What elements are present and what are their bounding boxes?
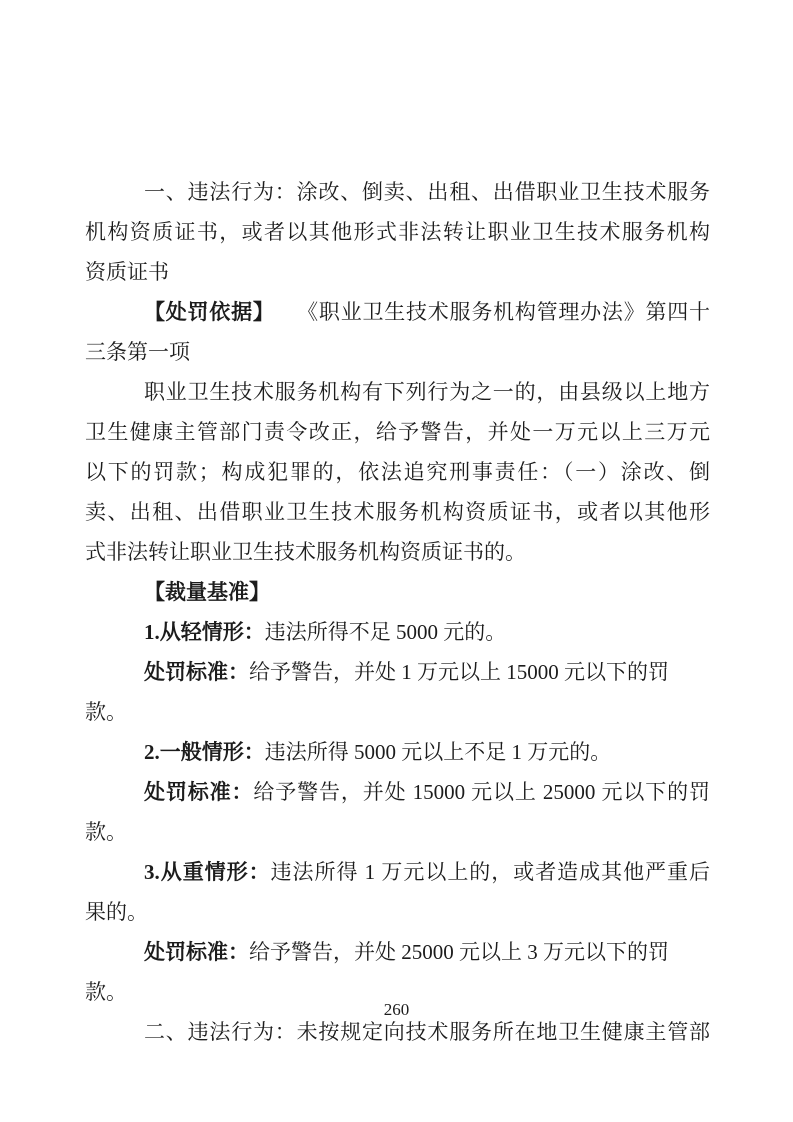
body-text: 违法所得 5000 元以上不足 1 万元的。 xyxy=(265,740,612,764)
text-line: 一、违法行为：涂改、倒卖、出租、出借职业卫生技术服务 xyxy=(85,172,710,212)
text-line: 资质证书 xyxy=(85,252,710,292)
text-line: 3.从重情形：违法所得 1 万元以上的，或者造成其他严重后 xyxy=(85,852,710,892)
text-line: 2.一般情形：违法所得 5000 元以上不足 1 万元的。 xyxy=(85,732,710,772)
body-text: 三条第一项 xyxy=(85,340,190,364)
body-text: 二、违法行为：未按规定向技术服务所在地卫生健康主管部 xyxy=(144,1020,710,1044)
text-line: 【处罚依据】 《职业卫生技术服务机构管理办法》第四十 xyxy=(85,292,710,332)
body-text: 资质证书 xyxy=(85,260,169,284)
bold-text: 处罚标准： xyxy=(144,780,253,804)
body-text: 款。 xyxy=(85,820,127,844)
bold-text: 【裁量基准】 xyxy=(144,580,270,604)
body-text: 卫生健康主管部门责令改正，给予警告，并处一万元以上三万元 xyxy=(85,420,710,444)
bold-text: 3.从重情形： xyxy=(144,860,271,884)
bold-text: 【处罚依据】 xyxy=(144,300,264,324)
body-text: 职业卫生技术服务机构有下列行为之一的，由县级以上地方 xyxy=(144,380,710,404)
bold-text: 处罚标准： xyxy=(144,660,249,684)
text-line: 式非法转让职业卫生技术服务机构资质证书的。 xyxy=(85,532,710,572)
document-page: 一、违法行为：涂改、倒卖、出租、出借职业卫生技术服务机构资质证书，或者以其他形式… xyxy=(0,0,793,1122)
text-line: 卫生健康主管部门责令改正，给予警告，并处一万元以上三万元 xyxy=(85,412,710,452)
body-text: 机构资质证书，或者以其他形式非法转让职业卫生技术服务机构 xyxy=(85,220,710,244)
text-line: 处罚标准：给予警告，并处 1 万元以上 15000 元以下的罚款。 xyxy=(85,652,710,732)
body-text: 式非法转让职业卫生技术服务机构资质证书的。 xyxy=(85,540,526,564)
document-body: 一、违法行为：涂改、倒卖、出租、出借职业卫生技术服务机构资质证书，或者以其他形式… xyxy=(85,172,710,1052)
body-text: 给予警告，并处 15000 元以上 25000 元以下的罚 xyxy=(253,780,710,804)
page-number: 260 xyxy=(0,1000,793,1020)
bold-text: 处罚标准： xyxy=(144,940,249,964)
text-line: 职业卫生技术服务机构有下列行为之一的，由县级以上地方 xyxy=(85,372,710,412)
body-text: 《职业卫生技术服务机构管理办法》第四十 xyxy=(264,300,710,324)
text-line: 以下的罚款；构成犯罪的，依法追究刑事责任：（一）涂改、倒 xyxy=(85,452,710,492)
body-text: 违法所得 1 万元以上的，或者造成其他严重后 xyxy=(271,860,710,884)
body-text: 卖、出租、出借职业卫生技术服务机构资质证书，或者以其他形 xyxy=(85,500,710,524)
body-text: 违法所得不足 5000 元的。 xyxy=(265,620,507,644)
text-line: 款。 xyxy=(85,812,710,852)
bold-text: 2.一般情形： xyxy=(144,740,265,764)
text-line: 1.从轻情形：违法所得不足 5000 元的。 xyxy=(85,612,710,652)
body-text: 一、违法行为：涂改、倒卖、出租、出借职业卫生技术服务 xyxy=(144,180,710,204)
text-line: 三条第一项 xyxy=(85,332,710,372)
text-line: 卖、出租、出借职业卫生技术服务机构资质证书，或者以其他形 xyxy=(85,492,710,532)
text-line: 【裁量基准】 xyxy=(85,572,710,612)
body-text: 以下的罚款；构成犯罪的，依法追究刑事责任：（一）涂改、倒 xyxy=(85,460,710,484)
bold-text: 1.从轻情形： xyxy=(144,620,265,644)
text-line: 果的。 xyxy=(85,892,710,932)
text-line: 处罚标准：给予警告，并处 15000 元以上 25000 元以下的罚 xyxy=(85,772,710,812)
text-line: 机构资质证书，或者以其他形式非法转让职业卫生技术服务机构 xyxy=(85,212,710,252)
body-text: 果的。 xyxy=(85,900,148,924)
